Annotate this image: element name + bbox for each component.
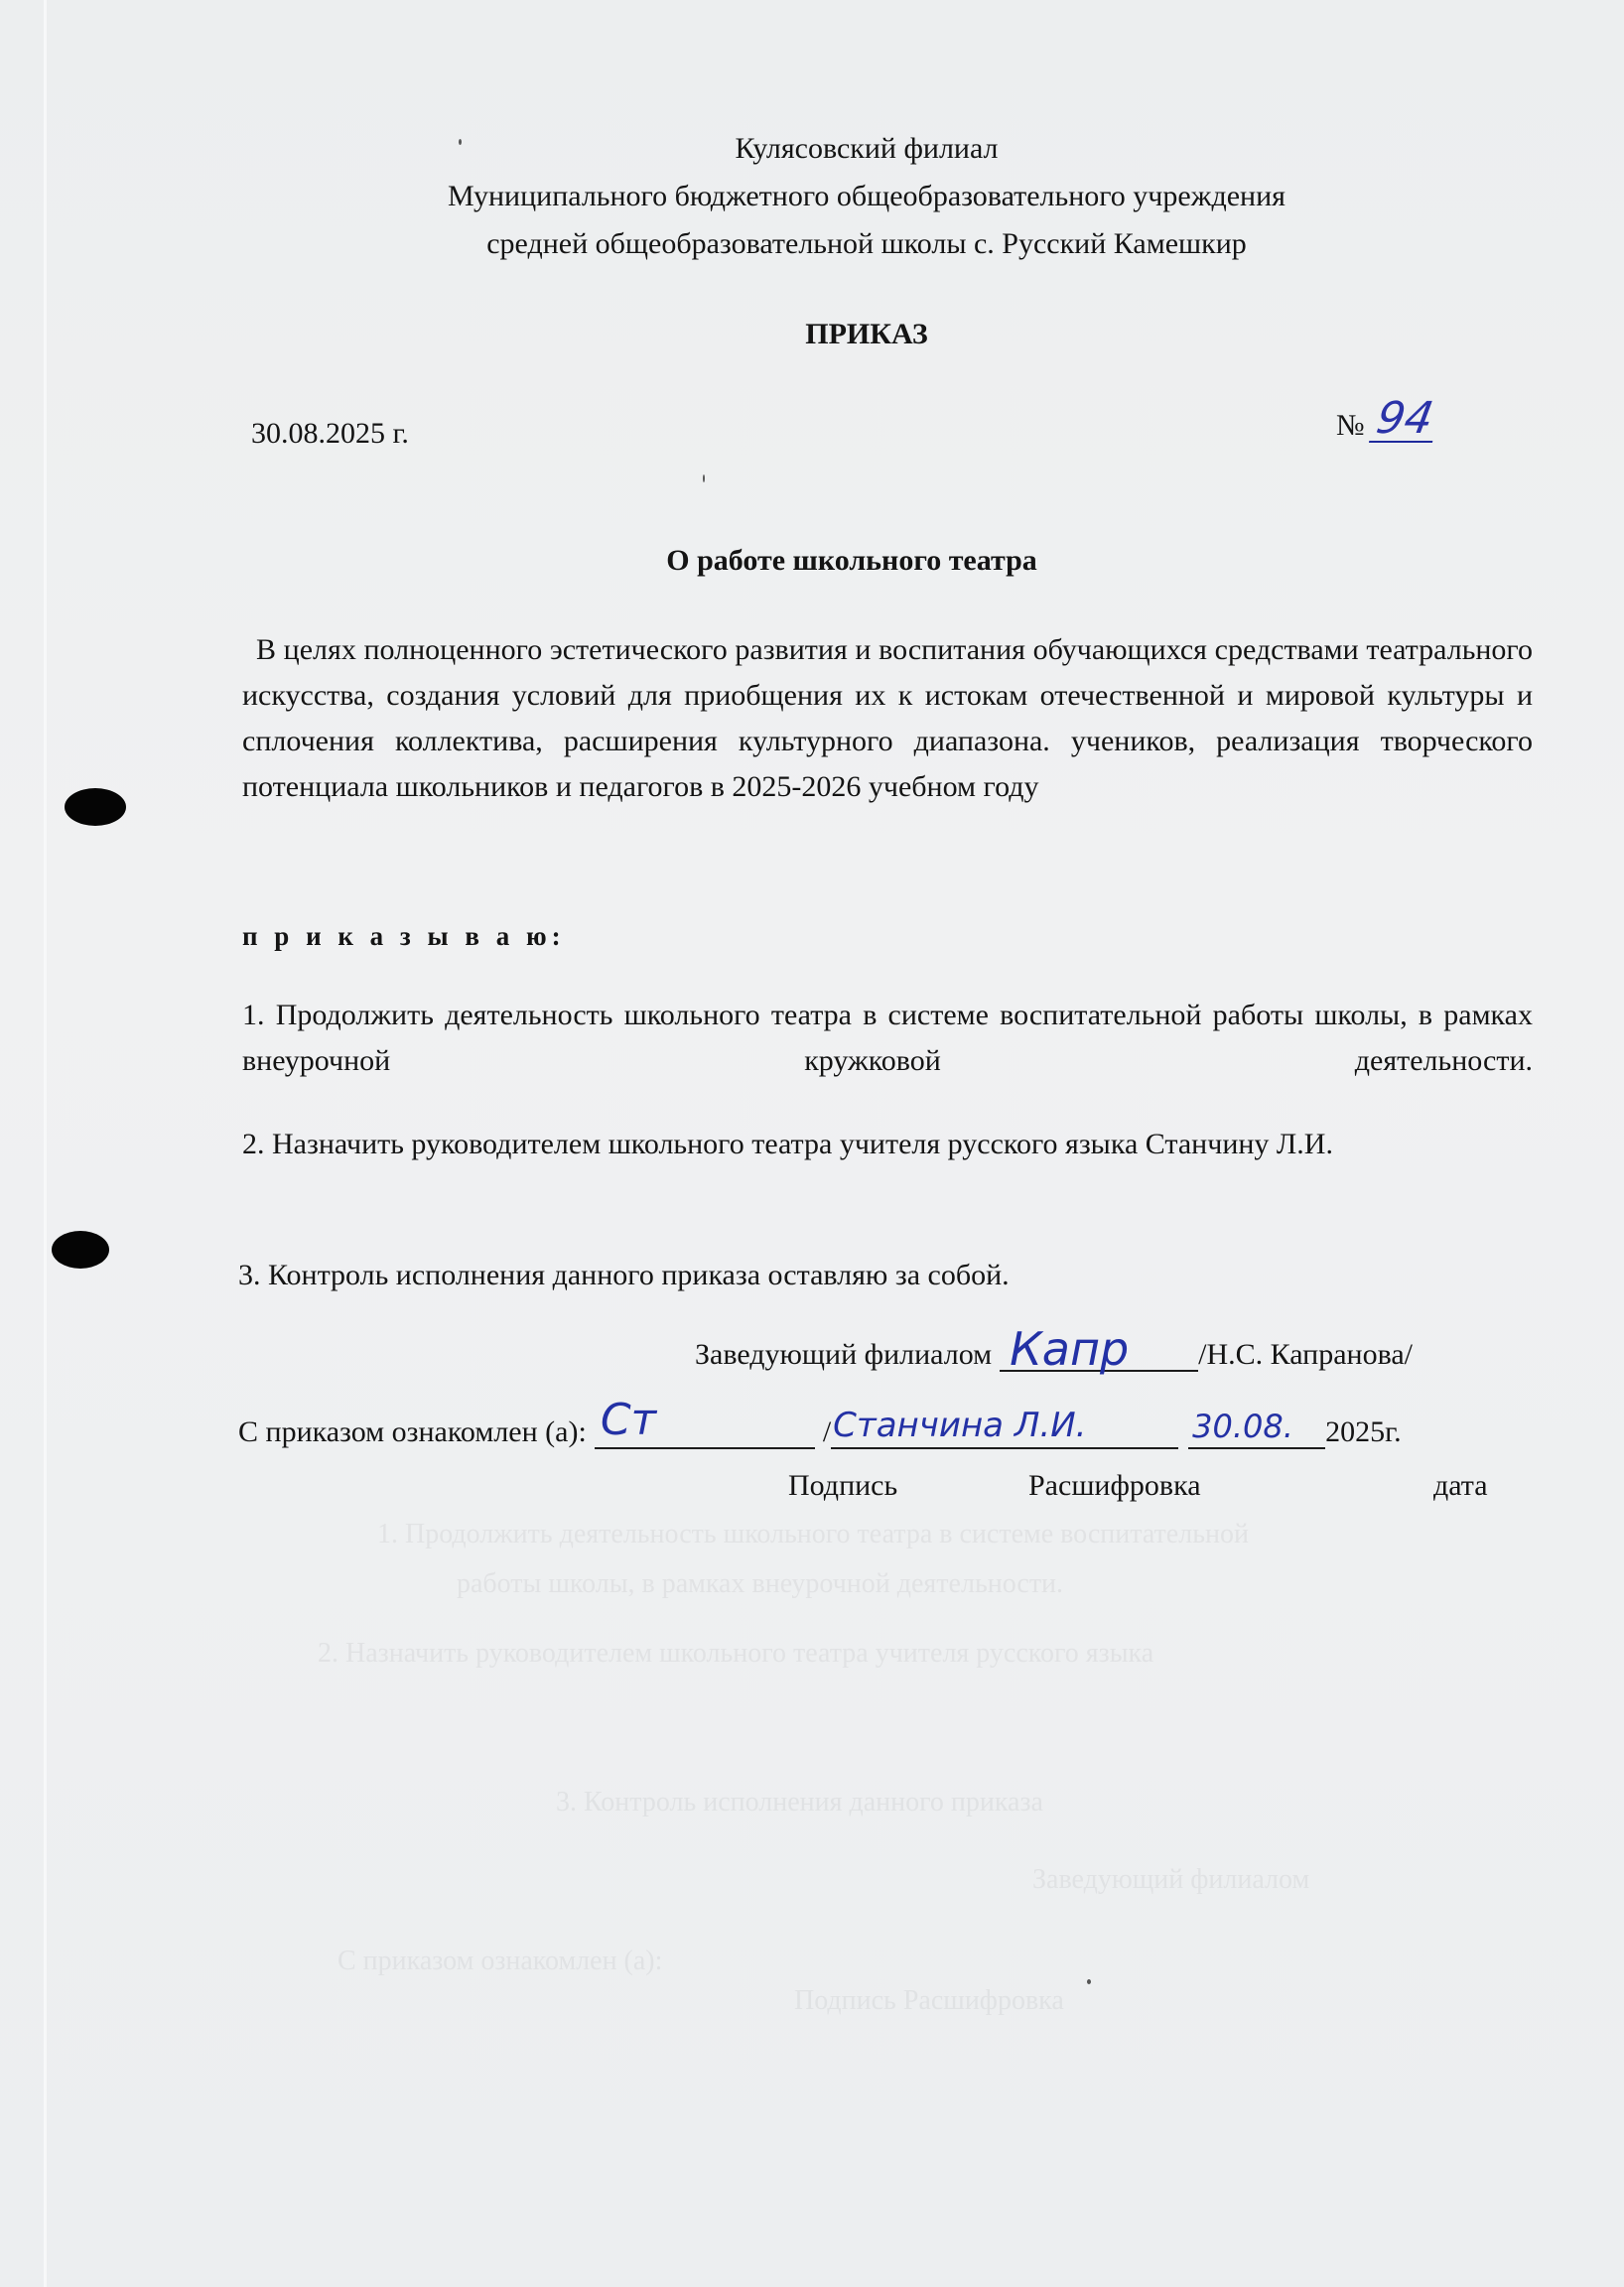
order-item-1: 1. Продолжить деятельность школьного теа… xyxy=(242,993,1533,1084)
order-date: 30.08.2025 г. xyxy=(251,417,409,451)
ack-date-line: 30.08. xyxy=(1188,1408,1325,1449)
scanned-page: 1. Продолжить деятельность школьного теа… xyxy=(0,0,1624,2287)
org-school-name: средней общеобразовательной школы с. Рус… xyxy=(0,226,1624,262)
bleed-through-text: 3. Контроль исполнения данного приказа xyxy=(556,1787,1043,1818)
acknowledgement-label: С приказом ознакомлен (а): xyxy=(238,1415,587,1449)
bleed-through-text: работы школы, в рамках внеурочной деятел… xyxy=(457,1568,1063,1600)
acknowledgement-row: С приказом ознакомлен (а): Ст / Станчина… xyxy=(238,1408,1402,1449)
ack-handwritten-decoding: Станчина Л.И. xyxy=(833,1406,1086,1445)
head-signature-row: Заведующий филиалом Капр /Н.С. Капранова… xyxy=(695,1330,1413,1372)
bleed-through-text: С приказом ознакомлен (а): xyxy=(338,1946,662,1977)
bleed-through-text: 1. Продолжить деятельность школьного теа… xyxy=(377,1519,1249,1550)
head-signature-line: Капр xyxy=(1000,1330,1198,1372)
head-name: /Н.С. Капранова/ xyxy=(1198,1338,1413,1372)
org-institution-name: Муниципального бюджетного общеобразовате… xyxy=(0,179,1624,214)
scan-speck xyxy=(703,474,705,482)
head-position: Заведующий филиалом xyxy=(695,1338,992,1372)
bleed-through-text: 2. Назначить руководителем школьного теа… xyxy=(318,1638,1153,1670)
org-branch-name: Кулясовский филиал xyxy=(0,131,1624,167)
bleed-through-text: Подпись Расшифровка xyxy=(794,1985,1064,2017)
order-item-2: 2. Назначить руководителем школьного теа… xyxy=(242,1122,1533,1167)
document-title: ПРИКАЗ xyxy=(0,318,1624,351)
punch-hole-top xyxy=(65,788,126,826)
ack-handwritten-signature: Ст xyxy=(601,1395,656,1445)
number-sign: № xyxy=(1336,409,1365,443)
order-subject: О работе школьного театра xyxy=(0,544,1624,578)
ack-decoding-line: Станчина Л.И. xyxy=(831,1408,1178,1449)
punch-hole-bottom xyxy=(52,1231,109,1269)
head-handwritten-signature: Капр xyxy=(1010,1322,1129,1376)
preamble-paragraph: В целях полноценного эстетического разви… xyxy=(242,627,1533,810)
order-number: № 94 xyxy=(1336,397,1436,443)
caption-date: дата xyxy=(1433,1469,1488,1503)
ack-handwritten-date: 30.08. xyxy=(1192,1408,1293,1445)
caption-signature: Подпись xyxy=(788,1469,897,1503)
ack-year: 2025г. xyxy=(1325,1415,1401,1449)
caption-decoding: Расшифровка xyxy=(1028,1469,1201,1503)
order-item-3: 3. Контроль исполнения данного приказа о… xyxy=(238,1253,1529,1298)
ack-signature-line: Ст xyxy=(595,1408,815,1449)
scan-speck xyxy=(1087,1979,1091,1984)
bleed-through-text: Заведующий филиалом xyxy=(1032,1864,1309,1896)
order-directive: п р и к а з ы в а ю: xyxy=(242,921,566,952)
order-number-handwritten: 94 xyxy=(1369,397,1440,443)
ack-separator: / xyxy=(823,1415,831,1449)
